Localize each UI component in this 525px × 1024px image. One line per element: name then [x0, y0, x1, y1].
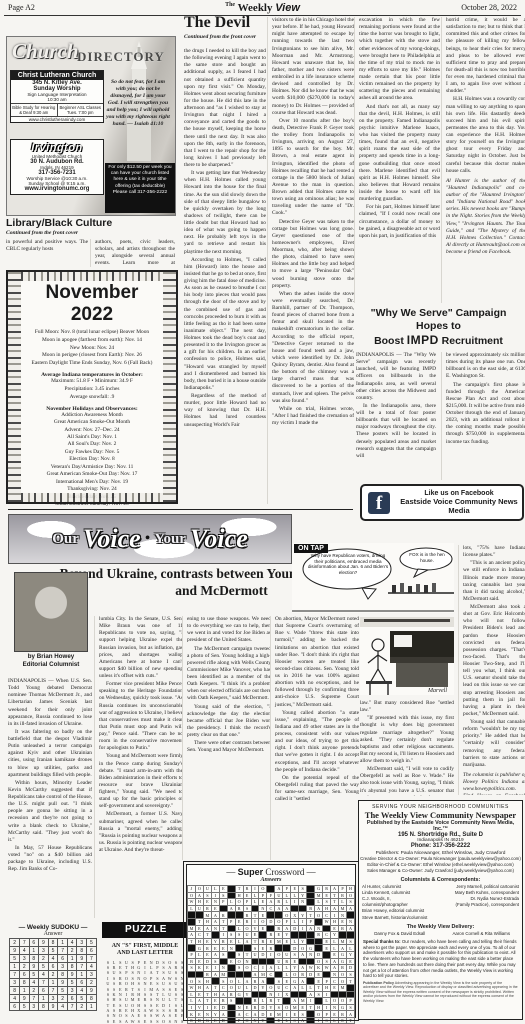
devil-author-bio: Al Hunter is the author of the "Haunted … [446, 178, 525, 256]
impd-headline: "Why We Serve" Campaign Hopes to Boost I… [356, 307, 521, 348]
ontap-label: ON TAP [294, 544, 328, 553]
sudoku-title: — Weekly SUDOKU — [8, 924, 98, 931]
masthead-published-by: Published by the Eastside Voice Communit… [359, 820, 522, 832]
impd-col2: be viewed approximately six million time… [441, 352, 525, 480]
ukraine-col5: law." But many considered Roe "settled l… [360, 700, 454, 796]
crossword-grid: JOULETRIOAPESGRAPHOASISHELPFULLYMETROWHE… [187, 885, 355, 1024]
feather-border-bottom [21, 493, 163, 502]
columnists-right: Jerry Marnell, political cartoonistMary … [441, 884, 523, 921]
church-ad-title-script: Church [12, 39, 79, 64]
christ-lutheran-classes: Bible Study for Hearing & Deaf 9:30 am B… [11, 103, 103, 116]
voice-banner: Our Voice • Your Voice [8, 514, 292, 564]
church-directory-ad: Church DIRECTORY Christ Lutheran Church … [6, 36, 176, 216]
impd-headline-line1: "Why We Serve" Campaign Hopes to [356, 307, 521, 333]
masthead-paper-title: The Weekly View Community Newspaper [359, 810, 522, 820]
ontap-cartoon-svg: Why have Republican voters, driving thei… [292, 543, 454, 613]
ontap-cartoon-scene: Marvell [360, 617, 454, 695]
christ-lutheran-name: Christ Lutheran Church [11, 71, 103, 80]
sudoku-grid: 2769814359413572865382461971295638747654… [9, 938, 96, 1011]
banner-your: Your [154, 531, 186, 548]
feather-border-top [21, 272, 163, 281]
november-title: November 2022 [23, 282, 161, 326]
crossword-title: — Super Crossword — [187, 867, 355, 877]
ontap-cartoon-top: ON TAP Why have Republican voters, drivi… [292, 543, 454, 613]
puzzle-answers-banner: PUZZLE ANSWERS [102, 922, 190, 938]
facebook-icon: f [368, 492, 390, 514]
irvington-umc-name: Irvington [11, 142, 103, 154]
christ-lutheran-time: 10:30 am [11, 97, 103, 102]
publication-policy: Publication Policy Advertising appearing… [359, 981, 522, 1003]
library-section-title: Library/Black Culture [6, 217, 174, 229]
november-almanac-box: November 2022 Full Moon: Nov. 8 (total l… [6, 270, 178, 504]
wordsearch-title: AN "S" FIRST, MIDDLE AND LAST LETTER [100, 943, 190, 957]
devil-col4-text: horrid crime, it would be a satisfaction… [446, 17, 525, 175]
byline-name: by Brian Howey [8, 653, 94, 661]
facebook-line1: Like us on Facebook [396, 490, 522, 497]
feather-border-right [163, 272, 176, 502]
irvington-umc-website[interactable]: www.irvingtonumc.org [11, 186, 103, 192]
devil-article-kicker: Continued from the front cover [184, 34, 256, 40]
ukraine-col1: INDIANAPOLIS — When U.S. Sen. Todd Young… [8, 678, 92, 918]
masthead-owners: Creative Director & Co-Owner: Paula Nice… [359, 856, 522, 874]
byline-title: Editorial Columnist [8, 661, 94, 669]
masthead-weekly: Weekly [238, 2, 273, 14]
columnists-title: Columnists & Correspondents: [359, 877, 522, 883]
library-col2: authors, poets, civic leaders, scholars,… [90, 239, 175, 267]
wordsearch-answer-block: AN "S" FIRST, MIDDLE AND LAST LETTER SLS… [100, 943, 190, 1024]
delivery-title: The Weekly View Delivery: [359, 924, 522, 930]
banner-voice2: Voice [190, 524, 248, 554]
banner-voice1: Voice [83, 524, 141, 554]
devil-col1: the drugs I needed to kill the boy and t… [184, 48, 266, 504]
asl-classes-cell: Beginner ASL Classes Tues. 7:00 pm [57, 104, 104, 116]
cartoon-bubble2: FOX is in the hen house. [404, 552, 450, 563]
delivery-lists: Danny Fox & David Edsall Aaron Cornell &… [359, 931, 522, 937]
november-temp-lines: Maximum: 51.8 F • Minimum: 34.9 FPrecipi… [23, 378, 161, 401]
library-col1: in powerful and positive ways. The CBLC … [6, 239, 88, 267]
columnists-lists: Al Hunter, columnistLinda Kennett, colum… [359, 884, 522, 921]
wordsearch-grid: SLSUSPENDSOSSSRETHGILPSARSSUSPSNIATSUSSI… [105, 959, 185, 1024]
crossword-subtitle: Answers [187, 877, 355, 883]
impd-col1: INDIANAPOLIS — The "Why We Serve" campai… [356, 352, 436, 480]
header-rule [4, 15, 521, 16]
paper-masthead: The Weekly View [0, 2, 525, 14]
delivery-right: Aaron Cornell & Rita Williams [441, 931, 523, 937]
devil-col4: horrid crime, it would be a satisfaction… [441, 17, 525, 303]
bible-study-cell: Bible Study for Hearing & Deaf 9:30 am [11, 104, 57, 116]
cartoon-signature: Marvell [427, 688, 447, 694]
brian-howey-photo [14, 572, 88, 652]
sudoku-subtitle: Answer [8, 931, 98, 937]
banner-our: Our [52, 531, 79, 548]
library-section-kicker: Continued from the front cover [6, 230, 78, 236]
masthead-view: View [275, 2, 300, 14]
masthead-the: The [225, 2, 235, 8]
christ-lutheran-website[interactable]: www.christlutheranindy.com [11, 116, 103, 122]
ukraine-col6-text: lots, "75% have Indiana license plates."… [463, 545, 525, 769]
irvington-umc-listing: Irvington United Methodist Church 30 N. … [10, 139, 104, 195]
howey-columnist-bio: The columnist is publisher of Howey Poli… [463, 772, 525, 795]
facebook-line2: Eastside Voice Community News Media [396, 497, 522, 515]
impd-headline-line2: Boost IMPD Recruitment [356, 333, 521, 348]
ukraine-col2: lumbia City. In the Senate, U.S. Sen. Mi… [94, 616, 183, 918]
facebook-promo-box[interactable]: f Like us on Facebook Eastside Voice Com… [360, 484, 524, 521]
ukraine-col6: lots, "75% have Indiana license plates."… [458, 545, 525, 795]
masthead-phone[interactable]: Phone: 317-356-2222 [359, 843, 522, 849]
ukraine-byline: by Brian Howey Editorial Columnist [8, 653, 94, 669]
devil-article-title: The Devil [184, 14, 250, 32]
banner-dot: • [145, 530, 151, 548]
feather-border-left [8, 272, 21, 502]
devil-col2: visitors to die in his Chicago hotel the… [267, 17, 354, 504]
sudoku-answer-block: — Weekly SUDOKU — Answer 276981435941357… [8, 924, 98, 1011]
page-date: October 28, 2022 [461, 3, 517, 12]
cartoon-bubble1: Why have Republican voters, driving thei… [306, 553, 390, 575]
crossword-answer-box: — Super Crossword — Answers JOULETRIOAPE… [186, 864, 356, 1018]
section-divider [8, 509, 353, 510]
ukraine-col4: On abortion, Mayor McDermott noted that … [270, 616, 359, 860]
delivery-left: Danny Fox & David Edsall [359, 931, 441, 937]
special-thanks: Special thanks to: Our readers, who have… [359, 939, 522, 979]
columnists-left: Al Hunter, columnistLinda Kennett, colum… [359, 884, 441, 921]
devil-col3: excavation in which the few remaining po… [354, 17, 440, 303]
church-ad-promo: For only $12.50 per week you can have yo… [105, 163, 175, 213]
ukraine-col3: ening to use those weapons. We need to d… [182, 616, 271, 860]
christ-lutheran-listing: Christ Lutheran Church 345 N. Kitley Ave… [10, 70, 104, 123]
newspaper-page: Page A2 The Weekly View October 28, 2022… [0, 0, 525, 1024]
impd-accent: IMPD [407, 333, 439, 347]
church-ad-title-caps: DIRECTORY [77, 49, 165, 65]
masthead-info-box: SERVING YOUR NEIGHBORHOOD COMMUNITIES Th… [358, 800, 523, 1020]
november-moon-lines: Full Moon: Nov. 8 (total lunar eclipse) … [23, 329, 161, 368]
isaiah-quote: So do not fear, for I am with you; do no… [106, 79, 170, 128]
